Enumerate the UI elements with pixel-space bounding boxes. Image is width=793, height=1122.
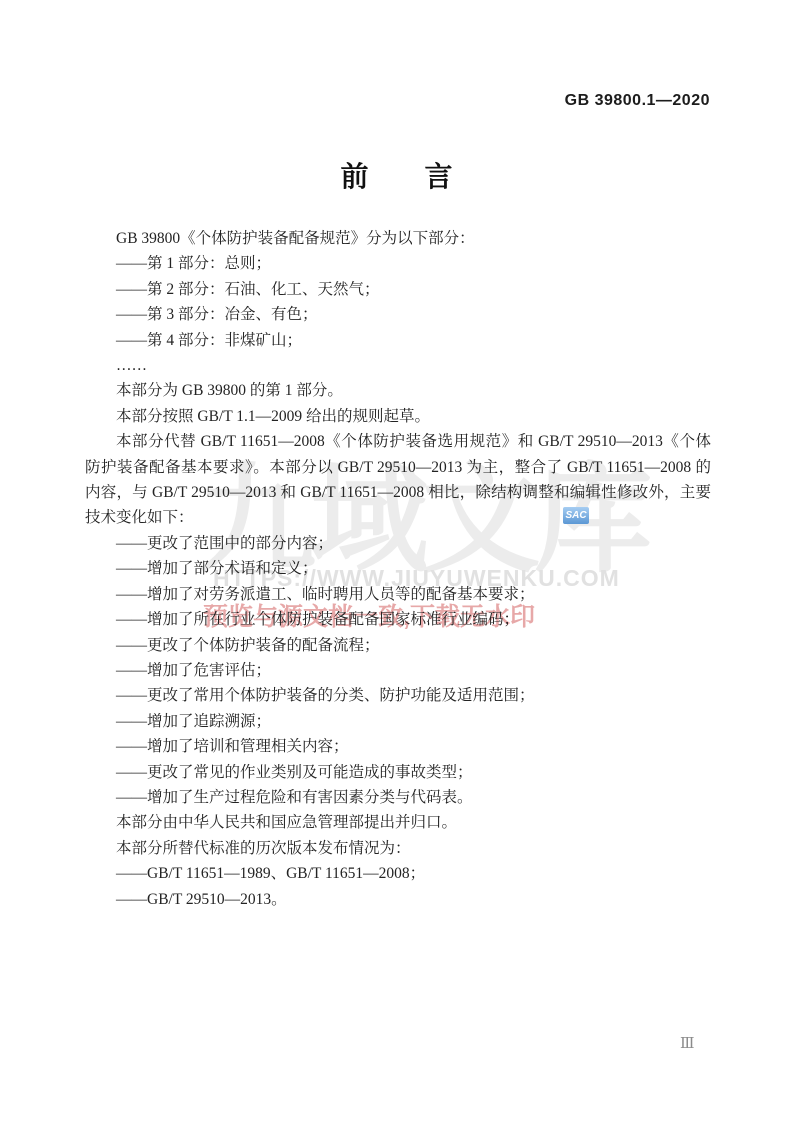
paragraph: ——更改了范围中的部分内容；: [85, 531, 711, 556]
paragraph: ——更改了个体防护装备的配备流程；: [85, 633, 711, 658]
page-number: Ⅲ: [680, 1034, 694, 1053]
paragraph: 本部分由中华人民共和国应急管理部提出并归口。: [85, 810, 711, 835]
paragraph: 本部分所替代标准的历次版本发布情况为：: [85, 836, 711, 861]
paragraph: 本部分为 GB 39800 的第 1 部分。: [85, 378, 711, 403]
paragraph: ——第 3 部分：冶金、有色；: [85, 302, 711, 327]
paragraph: ——增加了生产过程危险和有害因素分类与代码表。: [85, 785, 711, 810]
paragraph: ——增加了培训和管理相关内容；: [85, 734, 711, 759]
paragraph: ——增加了危害评估；: [85, 658, 711, 683]
foreword-body: GB 39800《个体防护装备配备规范》分为以下部分： ——第 1 部分：总则；…: [85, 226, 711, 912]
paragraph: ……: [85, 353, 711, 378]
paragraph: ——第 4 部分：非煤矿山；: [85, 328, 711, 353]
paragraph: ——增加了对劳务派遣工、临时聘用人员等的配备基本要求；: [85, 582, 711, 607]
paragraph: ——GB/T 11651—1989、GB/T 11651—2008；: [85, 861, 711, 886]
page-title: 前 言: [0, 155, 793, 195]
paragraph: ——GB/T 29510—2013。: [85, 887, 711, 912]
standard-number: GB 39800.1—2020: [565, 92, 710, 110]
document-page: 九域文库 SAC HTTPS://WWW.JIUYUWENKU.COM 预览与源…: [0, 0, 793, 1122]
paragraph: ——第 1 部分：总则；: [85, 251, 711, 276]
paragraph: ——增加了所在行业个体防护装备配备国家标准行业编码；: [85, 607, 711, 632]
paragraph: ——更改了常见的作业类别及可能造成的事故类型；: [85, 760, 711, 785]
paragraph: ——更改了常用个体防护装备的分类、防护功能及适用范围；: [85, 683, 711, 708]
paragraph: ——增加了部分术语和定义；: [85, 556, 711, 581]
paragraph: 本部分代替 GB/T 11651—2008《个体防护装备选用规范》和 GB/T …: [85, 429, 711, 531]
paragraph: ——增加了追踪溯源；: [85, 709, 711, 734]
paragraph: GB 39800《个体防护装备配备规范》分为以下部分：: [85, 226, 711, 251]
paragraph: 本部分按照 GB/T 1.1—2009 给出的规则起草。: [85, 404, 711, 429]
paragraph: ——第 2 部分：石油、化工、天然气；: [85, 277, 711, 302]
